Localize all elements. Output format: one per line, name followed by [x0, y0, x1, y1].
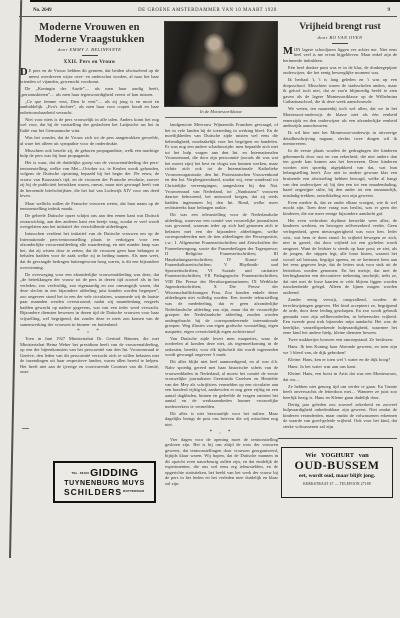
lead-paragraph: DE pers en de Vrouw hebben dit gemeen, d…: [20, 68, 159, 85]
middle-column-body: landgenoote Mevrouw Wijnaendts Francken …: [165, 122, 278, 486]
right-article-byline: door RO VAN OVEN: [283, 35, 397, 40]
paragraph: Dit alles blijkt niet heel aanmoedigend,…: [165, 359, 278, 409]
paragraph: Intusschen verdient het initiatief van d…: [20, 231, 159, 270]
paragraph: De overweging voor een afzonderlijke vro…: [20, 272, 159, 327]
paragraph: Twee makkertjes bouwen een omroepstand. …: [283, 337, 397, 343]
middle-column: landgenoote Mevrouw Wijnaendts Francken …: [165, 122, 278, 510]
paragraph: In de eerste plaats worden de gedraginge…: [283, 148, 397, 198]
byline-divider: [332, 43, 348, 44]
ad-slogan: eet, wordt oud, maar blijft jong.: [282, 473, 392, 479]
newspaper-page: No. 2649 DE GROENE AMSTERDAMMER VAN 10 M…: [0, 0, 400, 618]
drop-cap: M: [283, 47, 294, 57]
paragraph: Vier dagen voor de opening moet de tento…: [165, 437, 278, 487]
paragraph: landgenoote Mevrouw Wijnaendts Francken …: [165, 122, 278, 211]
header-rule: [19, 16, 397, 17]
paragraph: Toen in Juni 1927 Ministerialrat Dr. Ger…: [20, 336, 159, 375]
paragraph: Zonder eenig verwijt, onopvallend, worde…: [283, 297, 397, 336]
right-article: Vrijheid brengt rust door RO VAN OVEN MI…: [283, 22, 397, 434]
paragraph: Ik wil hier niet het Montessori-onderwij…: [283, 130, 397, 147]
paragraph-list: landgenoote Mevrouw Wijnaendts Francken …: [165, 122, 278, 428]
photo-caption: In de Montessoriklasse: [165, 109, 277, 114]
ad-brand-name: OUD-BUSSEM: [282, 459, 392, 472]
gidding-ad: TEL. 36100 GIDDING TUYNENBURG MUYS SCHIL…: [53, 461, 156, 503]
left-article-body: DE pers en de Vrouw hebben dit gemeen, d…: [20, 68, 159, 375]
paragraph: Ik herhaal 't, 't is lang geleden en 't …: [283, 77, 397, 105]
right-article-title: Vrijheid brengt rust: [283, 22, 397, 33]
paragraph-list: De „Koningin der Aarde”.... als men haar…: [20, 86, 159, 327]
paragraph-list: Toen in Juni 1927 Ministerialrat Dr. Ger…: [20, 336, 159, 375]
left-article-byline: door EMMY J. BELINFANTE: [20, 47, 159, 52]
left-article-kicker: XXII. Pers en Vrouw: [20, 59, 159, 65]
ad-brand-name: GIDDING: [90, 468, 138, 479]
masthead: DE GROENE AMSTERDAMMER VAN 10 MAART 1928: [19, 8, 396, 13]
paragraph: Dit was een teleurstelling voor de Neder…: [165, 212, 278, 334]
scan-edge-top: [30, 0, 400, 2]
article-photo: [165, 22, 277, 106]
paragraph: De geheele Duitsche opzet schijnt ons aa…: [20, 213, 159, 230]
right-article-body: MIJN lagere schooljaren liggen ver achte…: [283, 47, 397, 430]
paragraph: „Ce que femme veut, Dieu le veut”.... al…: [20, 99, 159, 116]
paragraph-list: Eén heel donker punt was er in de klas, …: [283, 65, 397, 430]
paragraph: Misschien ook besefte zij, de geboren pr…: [20, 148, 159, 159]
section-separator: * , *: [165, 430, 278, 435]
column-bottom-rule: [278, 438, 397, 439]
paragraph: Kleine: Hans, een borst in Artis dat was…: [283, 371, 397, 382]
ad-address: KERKSTRAAT 47 — TELEFOON 27188: [282, 482, 392, 486]
paragraph: Niet voor niets is de pers vrouwelijk in…: [20, 117, 159, 134]
ad-firm-name: TUYNENBURG MUYS: [57, 480, 152, 487]
caption-rule: [165, 117, 277, 118]
byline-divider: [82, 55, 98, 56]
paragraph: Dertig jaar geleden zou zooveel zekerhei…: [283, 402, 397, 430]
paragraph: Het even verbroken rhythme herstelde wee…: [283, 218, 397, 296]
paragraph: Eén heel donker punt was er in de klas, …: [283, 65, 397, 76]
ad-trade-text: SCHILDERS: [64, 488, 122, 497]
drop-cap: D: [20, 68, 29, 78]
ad-phone-text: TEL. 36100: [71, 472, 89, 475]
page-number: 9: [388, 8, 391, 13]
paragraph: Hans: Ik ben Koning haar Abeonde geweest…: [283, 344, 397, 355]
oud-bussem-ad: Wie YOGHURT van OUD-BUSSEM eet, wordt ou…: [281, 447, 393, 498]
paragraph: Kleine: Hans, ken er toen wel 't water e…: [283, 357, 397, 363]
paragraph: De „Koningin der Aarde”.... als men haar…: [20, 86, 159, 97]
lead-paragraph: MIJN lagere schooljaren liggen ver achte…: [283, 47, 397, 64]
paragraph: Het is waar, dat de duidelijke groep van…: [20, 160, 159, 199]
paragraph: Even merkte ik, dat ze onder elkaar vroe…: [283, 200, 397, 217]
paragraph: Hans: Ja het water was aan ons kant.: [283, 364, 397, 370]
section-separator: * „ *: [20, 329, 159, 334]
left-article: Moderne Vrouwen en Moderne Vraagstukken …: [20, 22, 159, 506]
paragraph: Maar wellicht zullen de Fransche vrouwen…: [20, 201, 159, 212]
paragraph: Van Duitsche zijde levert men maquettes,…: [165, 336, 278, 358]
paragraph: We weten, ten naastenbij toch wel allen,…: [283, 106, 397, 128]
left-article-title: Moderne Vrouwen en Moderne Vraagstukken: [20, 22, 159, 45]
paragraph: Was het wonder, dat de Vrouw zich tot de…: [20, 135, 159, 146]
paragraph: Ze hebben niet genoeg tijd om verder te …: [283, 384, 397, 401]
paragraph: Dit alles is niet bezwaarlijk voor het m…: [165, 411, 278, 428]
ad-city-text: ROTTERDAM: [123, 490, 144, 493]
paragraph-list: Vier dagen voor de opening moet de tento…: [165, 437, 278, 487]
